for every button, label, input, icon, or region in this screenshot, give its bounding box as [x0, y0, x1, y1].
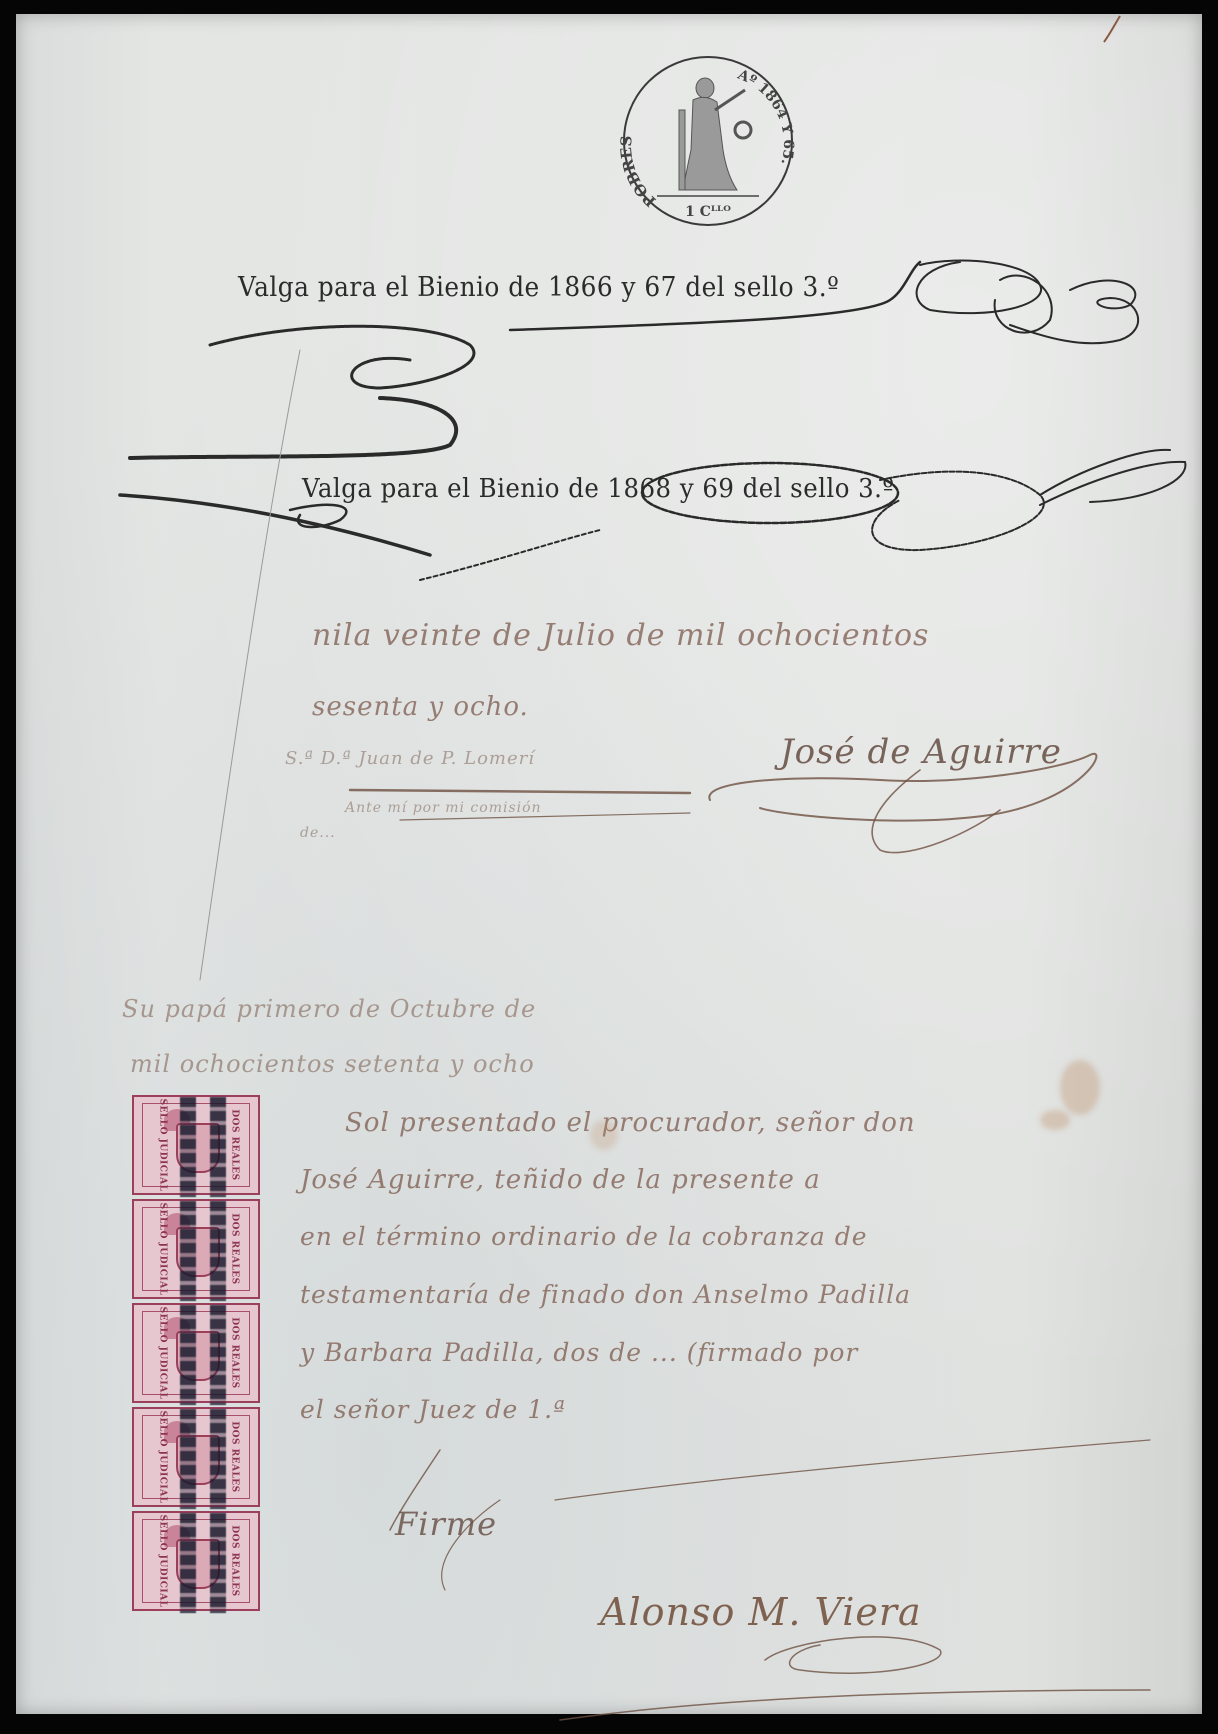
cancellation-overprint — [180, 1513, 196, 1613]
cancellation-overprint — [180, 1409, 196, 1509]
revenue-stamp: SELLO JUDICIAL DOS REALES — [132, 1407, 260, 1507]
entry1-line-2: sesenta y ocho. — [312, 692, 529, 722]
entry2-line-2: mil ochocientos setenta y ocho — [130, 1050, 535, 1078]
entry2-line-1: Su papá primero de Octubre de — [122, 995, 536, 1023]
seated-figure-icon — [679, 78, 751, 190]
revenue-stamp: SELLO JUDICIAL DOS REALES — [132, 1511, 260, 1611]
entry1-annotation-1: S.ª D.ª Juan de P. Lomerí — [285, 748, 535, 769]
entry2-line-7: y Barbara Padilla, dos de ... (firmado p… — [300, 1338, 858, 1367]
entry2-line-3: Sol presentado el procurador, señor don — [345, 1108, 916, 1138]
seal-value-text: 1 Cᴸᴸᴼ — [685, 204, 731, 220]
printed-validity-line-1: Valga para el Bienio de 1866 y 67 del se… — [238, 272, 839, 303]
seal-right-text: Aº 1864 Y 65. — [734, 66, 796, 166]
cancellation-overprint — [210, 1097, 226, 1197]
cancellation-overprint — [210, 1513, 226, 1613]
revenue-stamp-strip: SELLO JUDICIAL DOS REALES SELLO JUDICIAL… — [132, 1095, 264, 1615]
revenue-stamp: SELLO JUDICIAL DOS REALES — [132, 1199, 260, 1299]
entry1-signature: José de Aguirre — [780, 732, 1062, 772]
cancellation-overprint — [180, 1201, 196, 1301]
entry1-annotation-3: de... — [300, 825, 336, 841]
cancellation-overprint — [210, 1305, 226, 1405]
entry2-line-6: testamentaría de finado don Anselmo Padi… — [300, 1280, 911, 1309]
cancellation-overprint — [210, 1201, 226, 1301]
entry1-annotation-2: Ante mí por mi comisión — [345, 800, 542, 816]
entry1-line-1: nila veinte de Julio de mil ochocientos — [312, 618, 929, 653]
entry2-line-5: en el término ordinario de la cobranza d… — [300, 1222, 868, 1251]
entry2-signature: Alonso M. Viera — [600, 1590, 922, 1634]
ink-stain — [1040, 1110, 1070, 1130]
entry2-closing: Firme — [395, 1505, 497, 1543]
ink-stain — [590, 1120, 618, 1150]
page-number-mark — [1100, 14, 1122, 46]
entry2-line-8: el señor Juez de 1.ª — [300, 1395, 566, 1424]
printed-validity-line-2: Valga para el Bienio de 1868 y 69 del se… — [302, 474, 894, 504]
cancellation-overprint — [180, 1305, 196, 1405]
ink-stain — [1060, 1060, 1100, 1115]
entry2-line-4: José Aguirre, teñido de la presente a — [300, 1165, 821, 1195]
svg-text:Aº 1864 Y 65.: Aº 1864 Y 65. — [734, 66, 796, 166]
cancellation-overprint — [210, 1409, 226, 1509]
cancellation-overprint — [180, 1097, 196, 1197]
embossed-seal: POBRES Aº 1864 Y 65. 1 Cᴸᴸᴼ — [617, 50, 799, 232]
revenue-stamp: SELLO JUDICIAL DOS REALES — [132, 1095, 260, 1195]
revenue-stamp: SELLO JUDICIAL DOS REALES — [132, 1303, 260, 1403]
